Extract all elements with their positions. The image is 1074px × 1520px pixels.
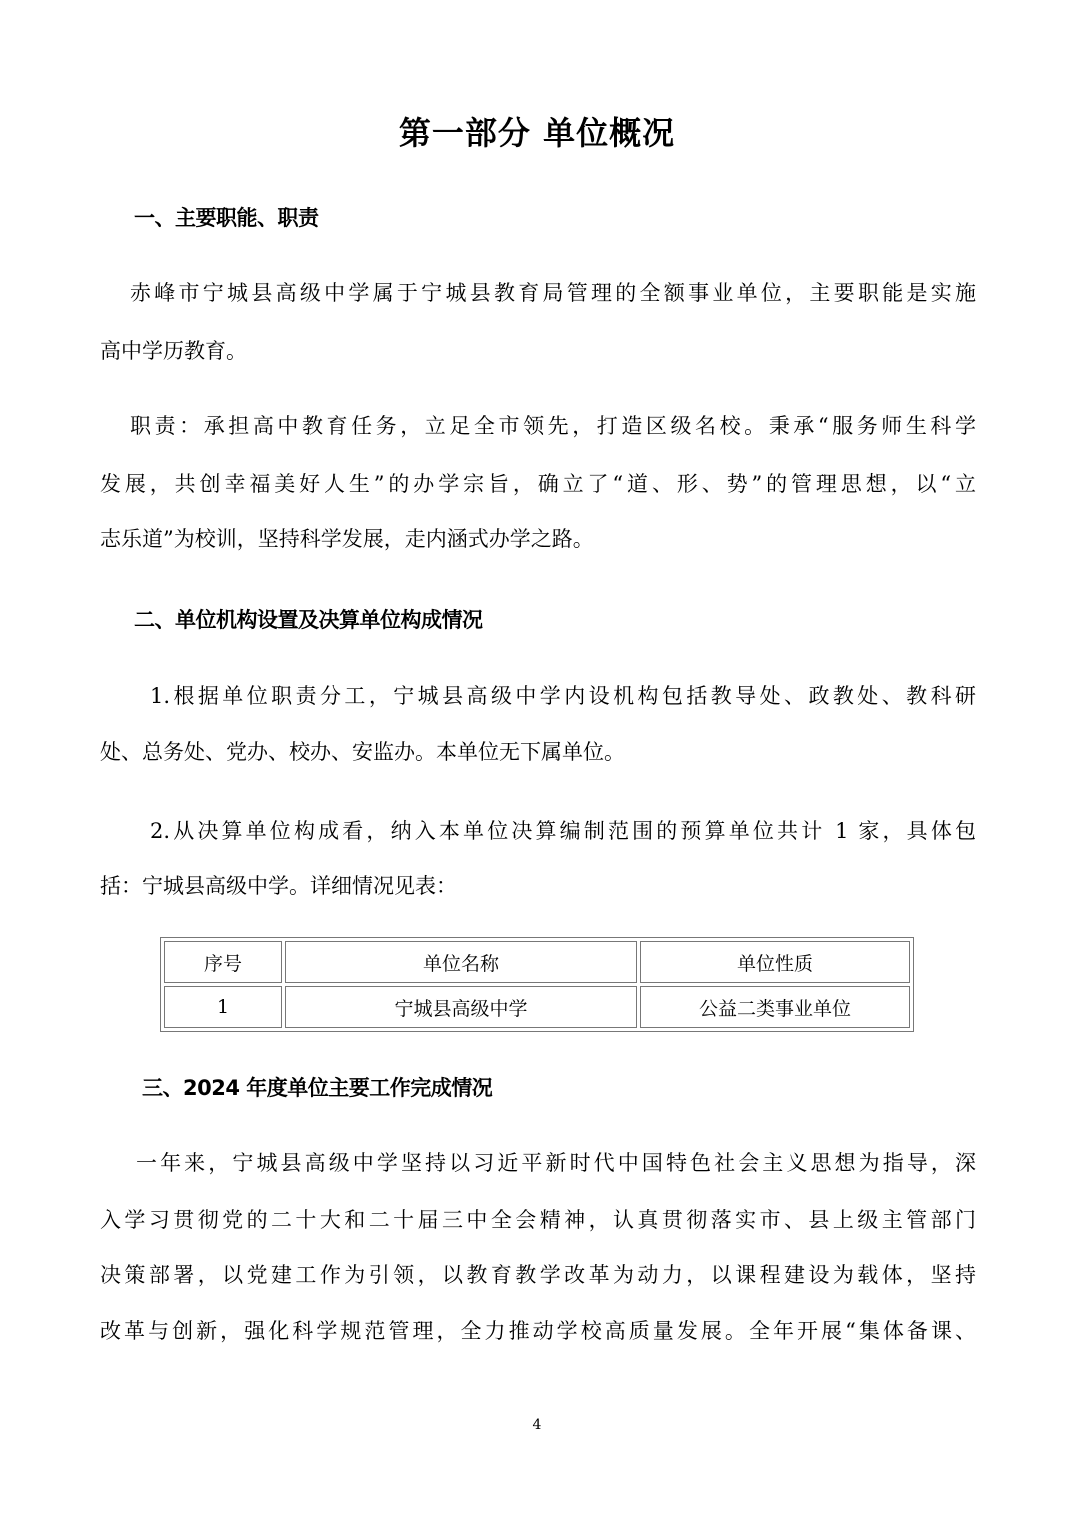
paragraph-line: 括：宁城县高级中学。详细情况见表： — [100, 871, 976, 901]
table-header-cell: 单位名称 — [285, 941, 637, 983]
paragraph-line: 发展，共创幸福美好人生”的办学宗旨，确立了“道、形、势”的管理思想，以“立 — [100, 469, 976, 499]
paragraph-line: 职责：承担高中教育任务，立足全市领先，打造区级名校。秉承“服务师生科学 — [100, 411, 976, 441]
paragraph-line: 赤峰市宁城县高级中学属于宁城县教育局管理的全额事业单位，主要职能是实施 — [100, 278, 976, 308]
table-cell: 公益二类事业单位 — [640, 986, 910, 1028]
table-header-row: 序号 单位名称 单位性质 — [164, 941, 910, 983]
paragraph-line: 1.根据单位职责分工，宁城县高级中学内设机构包括教导处、政教处、教科研 — [100, 681, 976, 711]
page-number: 4 — [0, 1417, 1074, 1433]
section-heading-3: 三、2024 年度单位主要工作完成情况 — [142, 1072, 492, 1102]
table-cell: 1 — [164, 986, 282, 1028]
paragraph-line: 处、总务处、党办、校办、安监办。本单位无下属单位。 — [100, 737, 976, 767]
table-row: 1 宁城县高级中学 公益二类事业单位 — [164, 986, 910, 1028]
section-heading-1: 一、主要职能、职责 — [134, 202, 319, 232]
paragraph-line: 改革与创新，强化科学规范管理，全力推动学校高质量发展。全年开展“集体备课、 — [100, 1316, 976, 1346]
section-heading-2: 二、单位机构设置及决算单位构成情况 — [134, 604, 483, 634]
paragraph-line: 入学习贯彻党的二十大和二十届三中全会精神，认真贯彻落实市、县上级主管部门 — [100, 1205, 976, 1235]
paragraph-line: 决策部署，以党建工作为引领，以教育教学改革为动力，以课程建设为载体，坚持 — [100, 1260, 976, 1290]
paragraph-line: 一年来，宁城县高级中学坚持以习近平新时代中国特色社会主义思想为指导，深 — [100, 1148, 976, 1178]
paragraph-line: 志乐道”为校训，坚持科学发展，走内涵式办学之路。 — [100, 524, 976, 554]
table-header-cell: 单位性质 — [640, 941, 910, 983]
table-cell: 宁城县高级中学 — [285, 986, 637, 1028]
page-title: 第一部分 单位概况 — [0, 108, 1074, 154]
paragraph-line: 高中学历教育。 — [100, 336, 976, 366]
table-header-cell: 序号 — [164, 941, 282, 983]
paragraph-line: 2.从决算单位构成看，纳入本单位决算编制范围的预算单位共计 1 家，具体包 — [100, 816, 976, 846]
unit-table: 序号 单位名称 单位性质 1 宁城县高级中学 公益二类事业单位 — [160, 937, 914, 1032]
